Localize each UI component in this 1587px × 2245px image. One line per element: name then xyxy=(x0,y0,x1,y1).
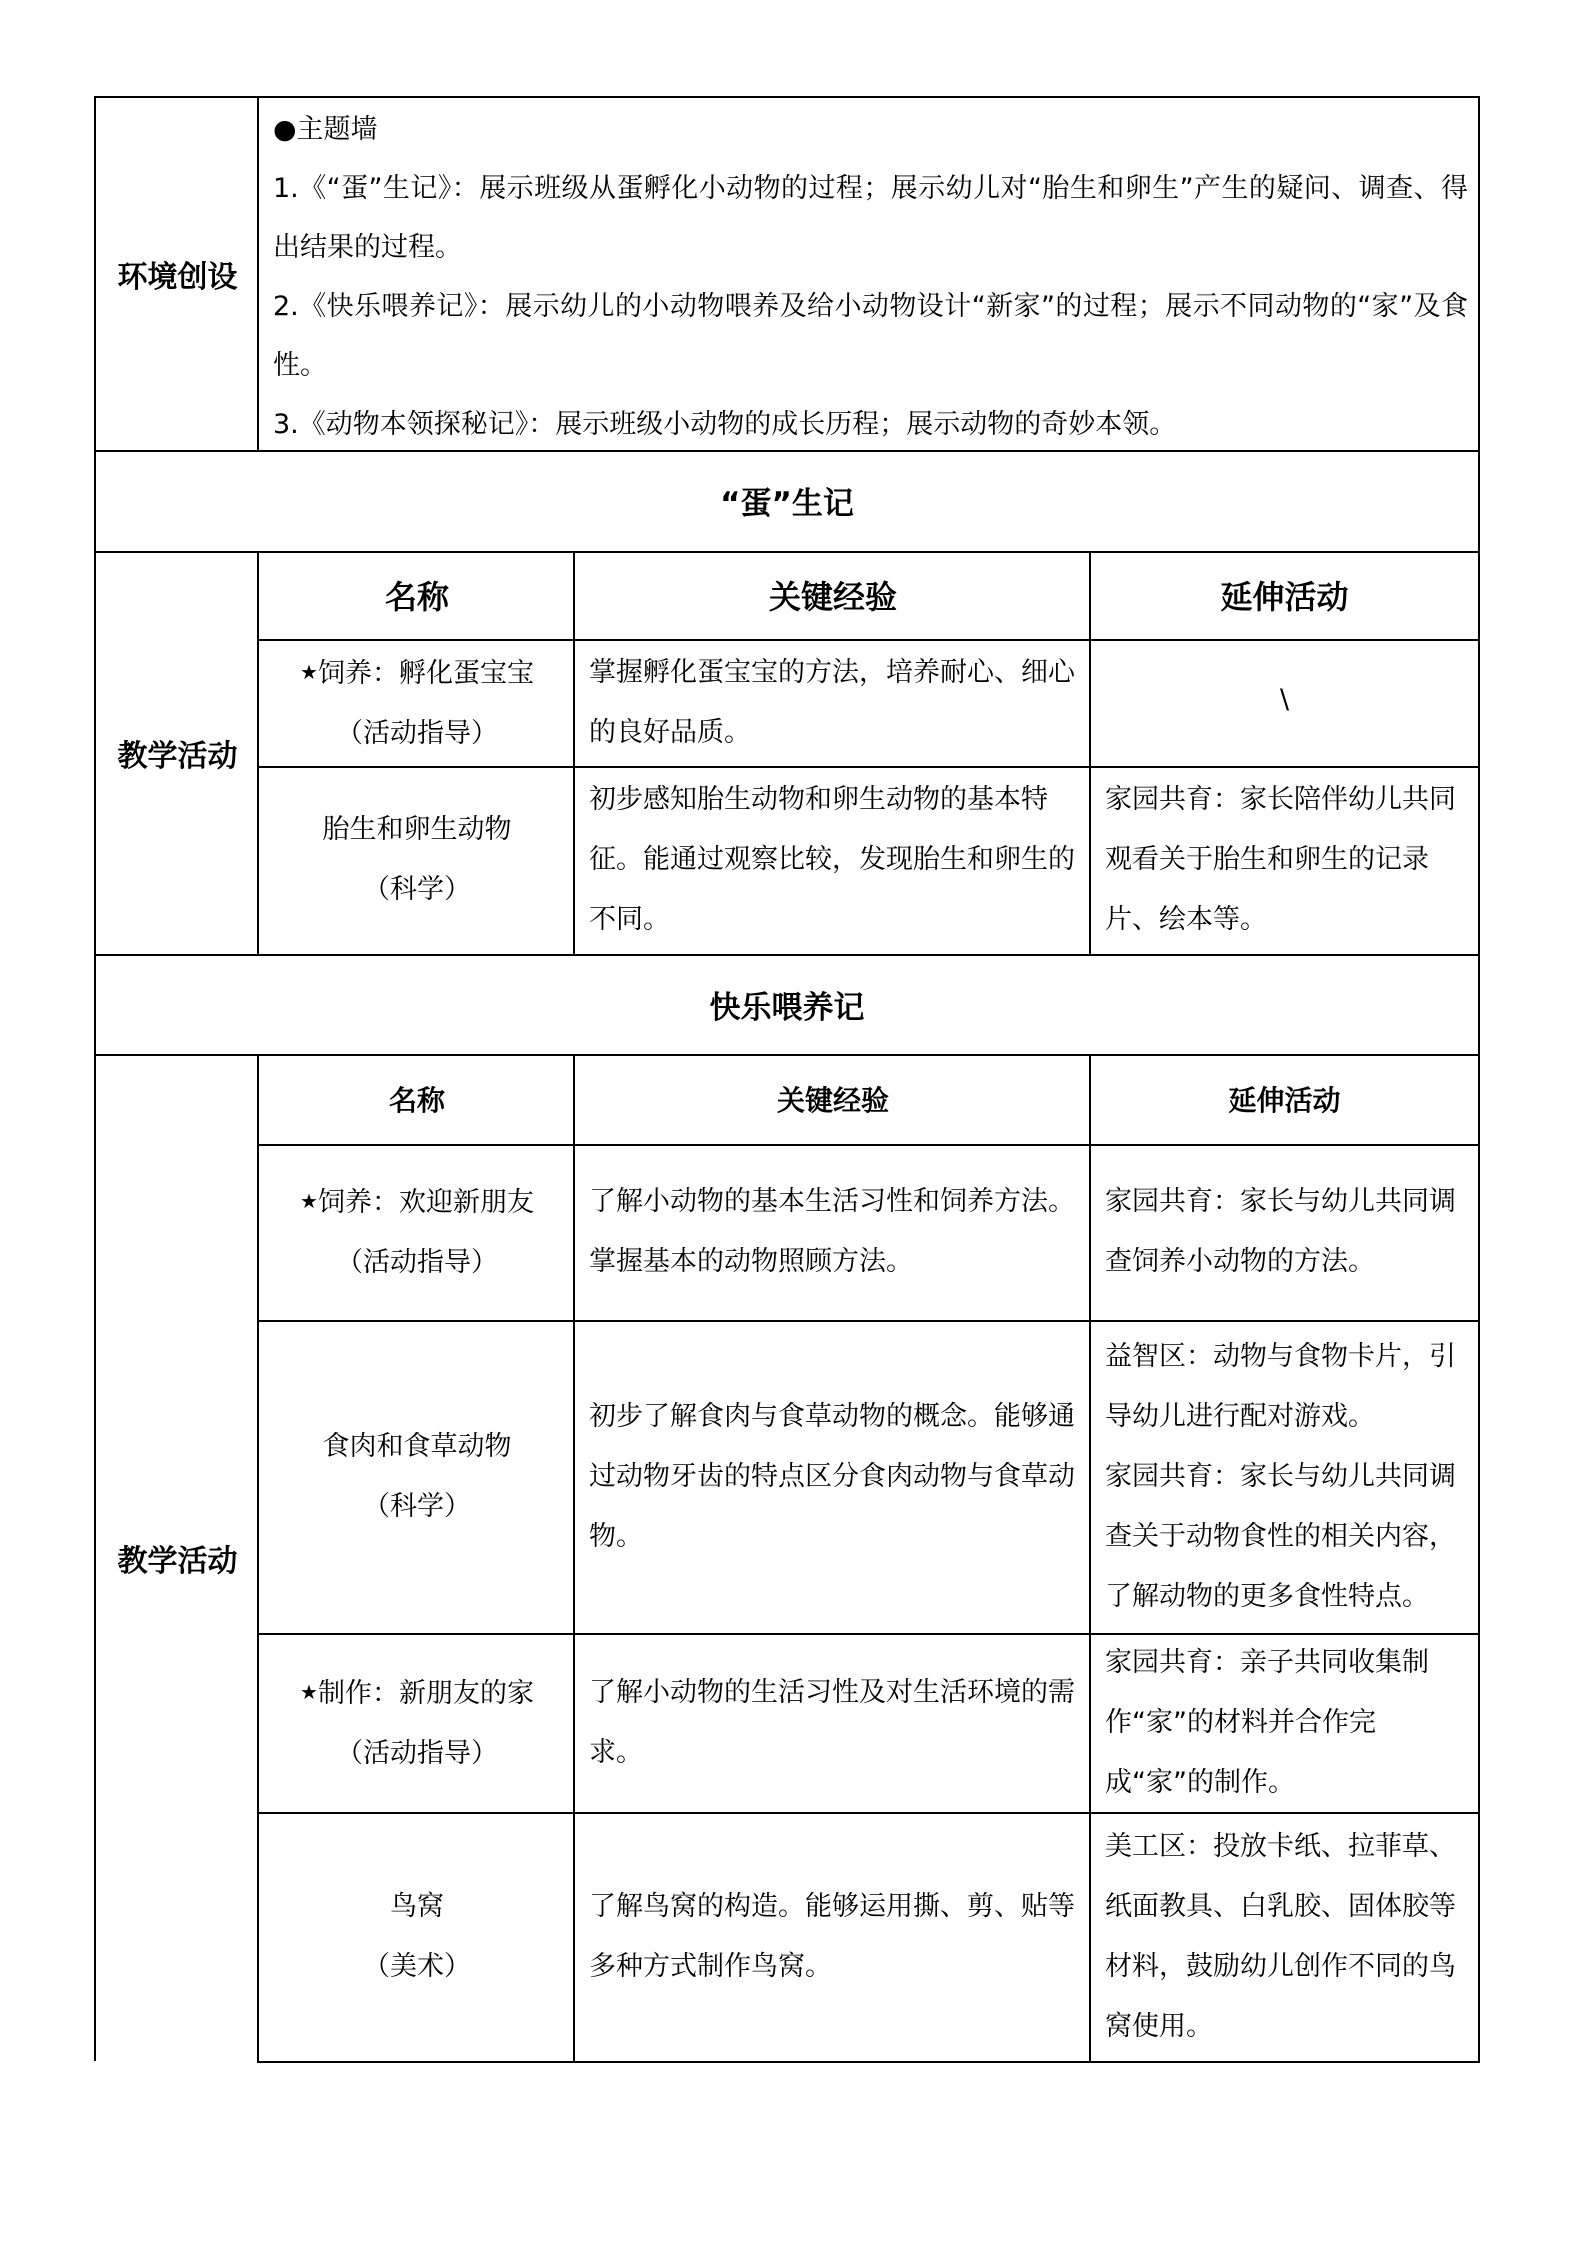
col-header-text: 关键经验 xyxy=(777,1079,889,1119)
env-label: 环境创设 xyxy=(118,252,238,296)
activity-name: 胎生和卵生动物 xyxy=(323,800,512,860)
activity-name: 饲养：欢迎新朋友 xyxy=(318,1187,534,1218)
table-row-extension: 家园共育：亲子共同收集制作“家”的材料并合作完成“家”的制作。 xyxy=(1089,1633,1480,1814)
col-header-text: 关键经验 xyxy=(769,572,897,618)
section-title-text: “蛋”生记 xyxy=(720,478,854,523)
table-row-name: ★制作：新朋友的家 （活动指导） xyxy=(257,1633,575,1814)
document-page: 环境创设 ●主题墙 1.《“蛋”生记》：展示班级从蛋孵化小动物的过程；展示幼儿对… xyxy=(0,0,1587,2245)
table-row-key-experience: 了解小动物的基本生活习性和饲养方法。掌握基本的动物照顾方法。 xyxy=(573,1144,1091,1322)
star-icon: ★ xyxy=(300,1680,318,1704)
activity-name: 饲养：孵化蛋宝宝 xyxy=(318,658,534,689)
section-title-text: 快乐喂养记 xyxy=(710,982,865,1027)
col-header-text: 名称 xyxy=(385,572,449,618)
table-row-name: 鸟窝 （美术） xyxy=(257,1812,575,2063)
teaching-activity-label-2: 教学活动 xyxy=(94,1054,259,2061)
col-header-extension: 延伸活动 xyxy=(1089,1054,1480,1146)
table-row-name: ★饲养：欢迎新朋友 （活动指导） xyxy=(257,1144,575,1322)
key-experience-text: 了解鸟窝的构造。能够运用撕、剪、贴等多种方式制作鸟窝。 xyxy=(589,1877,1079,1997)
table-row-name: 胎生和卵生动物 （科学） xyxy=(257,766,575,956)
extension-text: \ xyxy=(1280,670,1289,730)
key-experience-text: 了解小动物的生活习性及对生活环境的需求。 xyxy=(589,1663,1079,1783)
table-row-extension: 家园共育：家长陪伴幼儿共同观看关于胎生和卵生的记录片、绘本等。 xyxy=(1089,766,1480,956)
env-label-cell: 环境创设 xyxy=(94,96,259,452)
col-header-text: 延伸活动 xyxy=(1228,1079,1340,1119)
extension-text-puzzle-area: 益智区：动物与食物卡片，引导幼儿进行配对游戏。 xyxy=(1105,1327,1466,1447)
col-header-extension: 延伸活动 xyxy=(1089,551,1480,641)
key-experience-text: 初步了解食肉与食草动物的概念。能够通过动物牙齿的特点区分食肉动物与食草动物。 xyxy=(589,1387,1079,1567)
activity-subject: （美术） xyxy=(363,1937,471,1997)
col-header-key-experience: 关键经验 xyxy=(573,1054,1091,1146)
table-row-key-experience: 了解鸟窝的构造。能够运用撕、剪、贴等多种方式制作鸟窝。 xyxy=(573,1812,1091,2063)
table-row-extension: \ xyxy=(1089,639,1480,768)
env-item-1: 1.《“蛋”生记》：展示班级从蛋孵化小动物的过程；展示幼儿对“胎生和卵生”产生的… xyxy=(273,159,1468,277)
activity-name: 食肉和食草动物 xyxy=(323,1417,512,1477)
teaching-activity-label-1: 教学活动 xyxy=(94,551,259,956)
table-row-name: 食肉和食草动物 （科学） xyxy=(257,1320,575,1635)
env-item-3: 3.《动物本领探秘记》：展示班级小动物的成长历程；展示动物的奇妙本领。 xyxy=(273,395,1176,454)
section-title-egg: “蛋”生记 xyxy=(94,450,1480,553)
activity-subject: （活动指导） xyxy=(336,1233,498,1293)
extension-text: 美工区：投放卡纸、拉菲草、纸面教具、白乳胶、固体胶等材料，鼓励幼儿创作不同的鸟窝… xyxy=(1105,1817,1466,2057)
extension-text: 家园共育：家长陪伴幼儿共同观看关于胎生和卵生的记录片、绘本等。 xyxy=(1105,770,1466,950)
activity-name: 制作：新朋友的家 xyxy=(318,1678,534,1709)
section-title-feeding: 快乐喂养记 xyxy=(94,954,1480,1056)
key-experience-text: 初步感知胎生动物和卵生动物的基本特征。能通过观察比较，发现胎生和卵生的不同。 xyxy=(589,770,1079,950)
col-header-key-experience: 关键经验 xyxy=(573,551,1091,641)
extension-text-home: 家园共育：家长与幼儿共同调查关于动物食性的相关内容，了解动物的更多食性特点。 xyxy=(1105,1447,1466,1627)
env-item-2: 2.《快乐喂养记》：展示幼儿的小动物喂养及给小动物设计“新家”的过程；展示不同动… xyxy=(273,277,1468,395)
activity-subject: （活动指导） xyxy=(336,1724,498,1784)
activity-subject: （活动指导） xyxy=(336,704,498,764)
table-row-extension: 家园共育：家长与幼儿共同调查饲养小动物的方法。 xyxy=(1089,1144,1480,1322)
table-row-key-experience: 掌握孵化蛋宝宝的方法，培养耐心、细心的良好品质。 xyxy=(573,639,1091,768)
table-row-key-experience: 初步感知胎生动物和卵生动物的基本特征。能通过观察比较，发现胎生和卵生的不同。 xyxy=(573,766,1091,956)
key-experience-text: 了解小动物的基本生活习性和饲养方法。掌握基本的动物照顾方法。 xyxy=(589,1172,1079,1292)
key-experience-text: 掌握孵化蛋宝宝的方法，培养耐心、细心的良好品质。 xyxy=(589,643,1079,763)
table-row-extension: 美工区：投放卡纸、拉菲草、纸面教具、白乳胶、固体胶等材料，鼓励幼儿创作不同的鸟窝… xyxy=(1089,1812,1480,2063)
table-row-name: ★饲养：孵化蛋宝宝 （活动指导） xyxy=(257,639,575,768)
table-row-extension: 益智区：动物与食物卡片，引导幼儿进行配对游戏。 家园共育：家长与幼儿共同调查关于… xyxy=(1089,1320,1480,1635)
star-icon: ★ xyxy=(300,1189,318,1213)
star-icon: ★ xyxy=(300,660,318,684)
col-header-text: 延伸活动 xyxy=(1220,572,1348,618)
col-header-name: 名称 xyxy=(257,551,575,641)
env-content-cell: ●主题墙 1.《“蛋”生记》：展示班级从蛋孵化小动物的过程；展示幼儿对“胎生和卵… xyxy=(257,96,1480,452)
extension-text: 家园共育：亲子共同收集制作“家”的材料并合作完成“家”的制作。 xyxy=(1105,1633,1466,1813)
activity-subject: （科学） xyxy=(363,860,471,920)
activity-subject: （科学） xyxy=(363,1477,471,1537)
theme-wall-heading: ●主题墙 xyxy=(273,100,378,159)
col-header-name: 名称 xyxy=(257,1054,575,1146)
table-row-key-experience: 初步了解食肉与食草动物的概念。能够通过动物牙齿的特点区分食肉动物与食草动物。 xyxy=(573,1320,1091,1635)
col-header-text: 名称 xyxy=(389,1079,445,1119)
activity-name: 鸟窝 xyxy=(390,1877,444,1937)
table-row-key-experience: 了解小动物的生活习性及对生活环境的需求。 xyxy=(573,1633,1091,1814)
extension-text: 家园共育：家长与幼儿共同调查饲养小动物的方法。 xyxy=(1105,1172,1466,1292)
teaching-activity-text: 教学活动 xyxy=(118,1536,238,1580)
teaching-activity-text: 教学活动 xyxy=(118,731,238,775)
